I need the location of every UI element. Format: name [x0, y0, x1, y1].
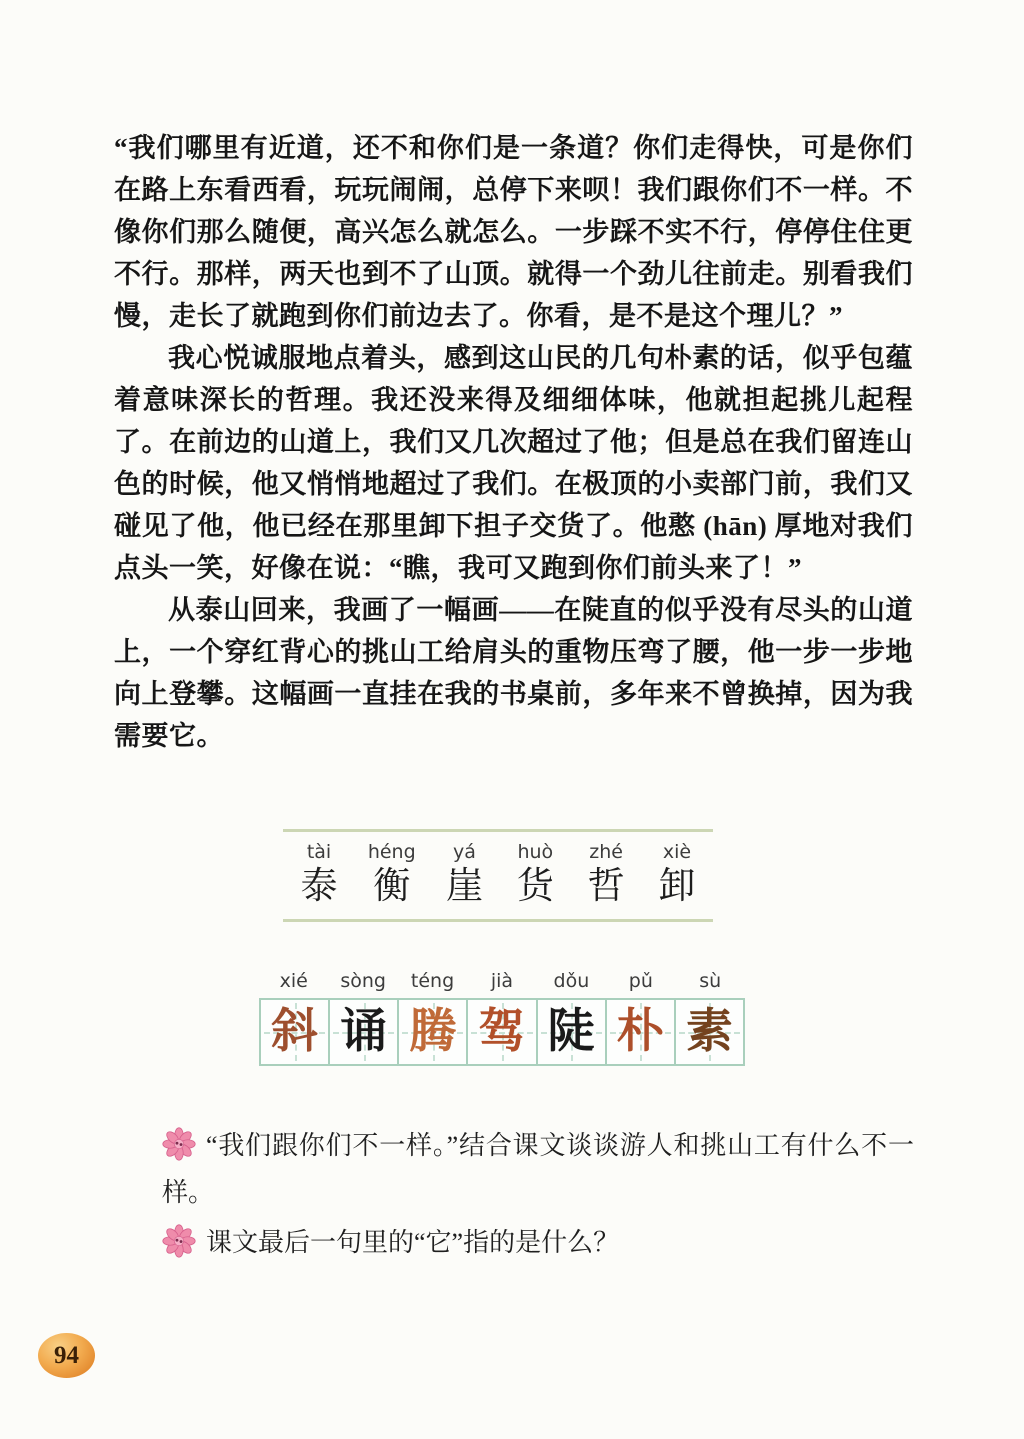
- questions-section: “我们跟你们不一样。”结合课文谈谈游人和挑山工有什么不一样。 课文最后一句里的“…: [162, 1122, 914, 1269]
- recognize-characters-table: tài 泰 héng 衡 yá 崖 huò 货 zhé 哲 xiè 卸: [283, 829, 713, 922]
- recognize-item: huò 货: [513, 841, 557, 911]
- character-glyph: 朴: [617, 1002, 664, 1062]
- character-glyph: 腾: [409, 1002, 456, 1062]
- character-glyph: 素: [686, 1002, 733, 1062]
- recognize-item: yá 崖: [443, 841, 487, 911]
- pinyin-label: tài: [307, 841, 331, 863]
- question-text: “我们跟你们不一样。”结合课文谈谈游人和挑山工有什么不一样。: [162, 1131, 914, 1207]
- character-glyph: 崖: [446, 863, 483, 911]
- pinyin-label: xié: [259, 970, 328, 992]
- recognize-item: xiè 卸: [655, 841, 699, 911]
- flower-bullet-icon: [162, 1127, 196, 1161]
- recognize-item: héng 衡: [368, 841, 416, 911]
- character-glyph: 驾: [478, 1002, 525, 1062]
- pinyin-label: héng: [368, 841, 416, 863]
- character-glyph: 卸: [658, 863, 695, 911]
- write-cell: 斜: [261, 1000, 330, 1064]
- character-glyph: 诵: [340, 1002, 387, 1062]
- pinyin-label: zhé: [589, 841, 623, 863]
- paragraph-reflection: 我心悦诚服地点着头，感到这山民的几句朴素的话，似乎包蕴着意味深长的哲理。我还没来…: [114, 337, 913, 589]
- pinyin-label: sòng: [328, 970, 397, 992]
- write-cell: 诵: [330, 1000, 399, 1064]
- textbook-page: “我们哪里有近道，还不和你们是一条道？你们走得快，可是你们在路上东看西看，玩玩闹…: [0, 0, 1024, 1439]
- character-glyph: 衡: [373, 863, 410, 911]
- character-glyph: 斜: [271, 1002, 318, 1062]
- pinyin-label: huò: [517, 841, 553, 863]
- pinyin-label: téng: [398, 970, 467, 992]
- recognize-item: tài 泰: [297, 841, 341, 911]
- question-item: 课文最后一句里的“它”指的是什么？: [162, 1219, 914, 1266]
- write-cell: 驾: [468, 1000, 537, 1064]
- pinyin-label: dǒu: [537, 970, 606, 992]
- page-number-badge: 94: [38, 1333, 95, 1378]
- paragraph-dialogue: “我们哪里有近道，还不和你们是一条道？你们走得快，可是你们在路上东看西看，玩玩闹…: [114, 127, 913, 337]
- paragraph-conclusion: 从泰山回来，我画了一幅画——在陡直的似乎没有尽头的山道上，一个穿红背心的挑山工给…: [114, 589, 913, 757]
- write-characters-section: xié sòng téng jià dǒu pǔ sù 斜 诵 腾 驾 陡: [259, 970, 745, 1066]
- write-pinyin-row: xié sòng téng jià dǒu pǔ sù: [259, 970, 745, 992]
- write-cell: 腾: [399, 1000, 468, 1064]
- write-cell: 素: [676, 1000, 743, 1064]
- pinyin-label: pǔ: [606, 970, 675, 992]
- flower-bullet-icon: [162, 1224, 196, 1258]
- pinyin-label: xiè: [663, 841, 691, 863]
- character-glyph: 泰: [301, 863, 338, 911]
- question-text: 课文最后一句里的“它”指的是什么？: [206, 1228, 619, 1257]
- lesson-body: “我们哪里有近道，还不和你们是一条道？你们走得快，可是你们在路上东看西看，玩玩闹…: [114, 127, 913, 757]
- recognize-item: zhé 哲: [584, 841, 628, 911]
- pinyin-label: yá: [453, 841, 476, 863]
- character-glyph: 哲: [588, 863, 625, 911]
- write-cell: 陡: [538, 1000, 607, 1064]
- pinyin-label: sù: [676, 970, 745, 992]
- pinyin-label: jià: [467, 970, 536, 992]
- question-item: “我们跟你们不一样。”结合课文谈谈游人和挑山工有什么不一样。: [162, 1122, 914, 1216]
- character-glyph: 货: [517, 863, 554, 911]
- write-practice-grid: 斜 诵 腾 驾 陡 朴 素: [259, 998, 745, 1066]
- write-cell: 朴: [607, 1000, 676, 1064]
- character-glyph: 陡: [548, 1002, 595, 1062]
